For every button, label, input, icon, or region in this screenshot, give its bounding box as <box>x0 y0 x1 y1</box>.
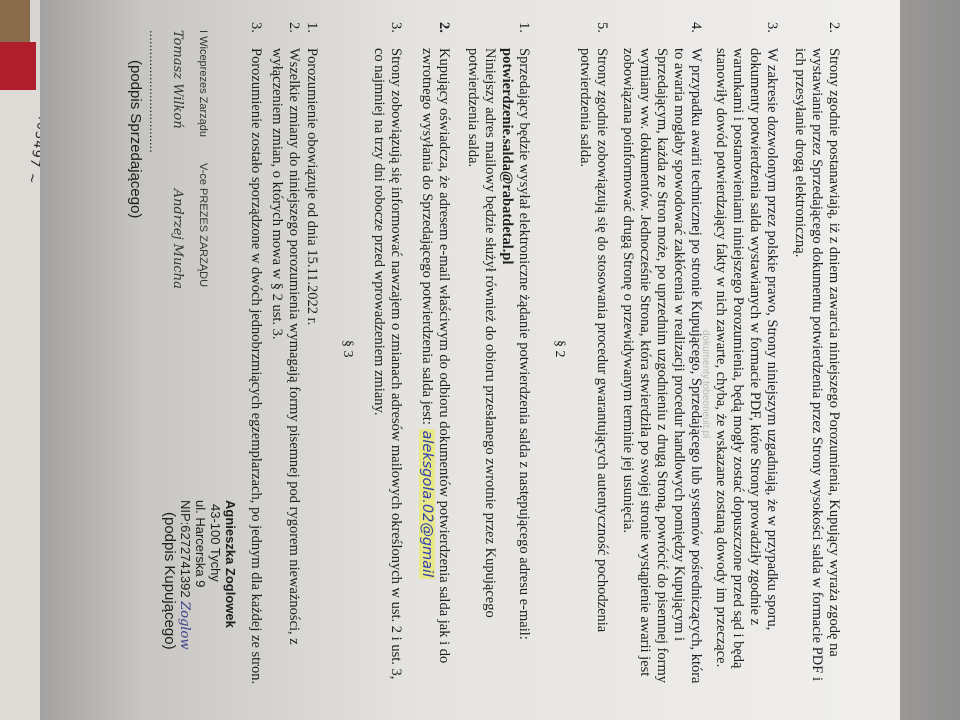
stamp2-role: V-ce PREZES ZARZĄDU <box>195 163 210 287</box>
section3-item-2: 2. Wszelkie zmiany do niniejszego porozu… <box>268 48 302 688</box>
handwritten-buyer-email: aleksgola.02@gmail <box>419 429 435 580</box>
section2-item-2: 2. Kupujący oświadcza, że adresem e-mail… <box>418 48 452 688</box>
section3-item-3: 3. Porozumienie zostało sporządzone w dw… <box>247 48 264 688</box>
section3-item-1: 1. Porozumienie obowiązuje od dnia 15.11… <box>303 48 320 688</box>
buyer-signature-caption: (podpis Kupującego) <box>162 500 177 700</box>
watermark: dokumenty.tobeoneuit.pl <box>697 330 714 438</box>
section2-item-3: 3. Strony zobowiązują się informować naw… <box>370 48 404 688</box>
document-sheet: 2. Strony zgodnie postanawiają, iż z dni… <box>40 0 900 720</box>
section1-item-4: 4. W przypadku awarii technicznej po str… <box>619 48 704 688</box>
buyer-handwritten-signature: Zoglow <box>177 601 192 649</box>
seller-signature-caption: (podpis Sprzedającego) <box>128 30 143 330</box>
section1-item-2: 2. Strony zgodnie postanawiają, iż z dni… <box>791 48 842 688</box>
document-page: 2. Strony zgodnie postanawiają, iż z dni… <box>40 0 900 720</box>
stamp2-name: Andrzej Mucha <box>170 189 185 289</box>
section2-title: § 2 <box>551 340 568 358</box>
section2-item-1: 1. Sprzedający będzie wysyłał elektronic… <box>464 48 532 688</box>
buyer-nip: NIP:6272741392 <box>178 500 193 598</box>
section3-title: § 3 <box>339 340 356 358</box>
seller-signature-line: .................................. <box>147 30 162 330</box>
buyer-signature-block: Agnieszka Zoglowek 43-100 Tychy ul. Harc… <box>162 500 238 700</box>
buyer-city: 43-100 Tychy <box>208 500 223 700</box>
buyer-name: Agnieszka Zoglowek <box>223 500 238 700</box>
section1-item-3: 3. W zakresie dozwolonym przez polskie p… <box>712 48 780 688</box>
section1-item-5: 5. Strony zgodnie zobowiązują się do sto… <box>576 48 610 688</box>
seller-email: potwierdzenie.salda@rabatdetal.pl <box>499 48 515 264</box>
stamp1-name: Tomasz Wilkoń <box>170 30 185 129</box>
stamp1-role: I Wiceprezes Zarządu <box>195 30 210 137</box>
buyer-street: ul. Harcerska 9 <box>193 500 208 700</box>
seller-signature-block: I Wiceprezes Zarządu V-ce PREZES ZARZĄDU… <box>128 30 210 330</box>
